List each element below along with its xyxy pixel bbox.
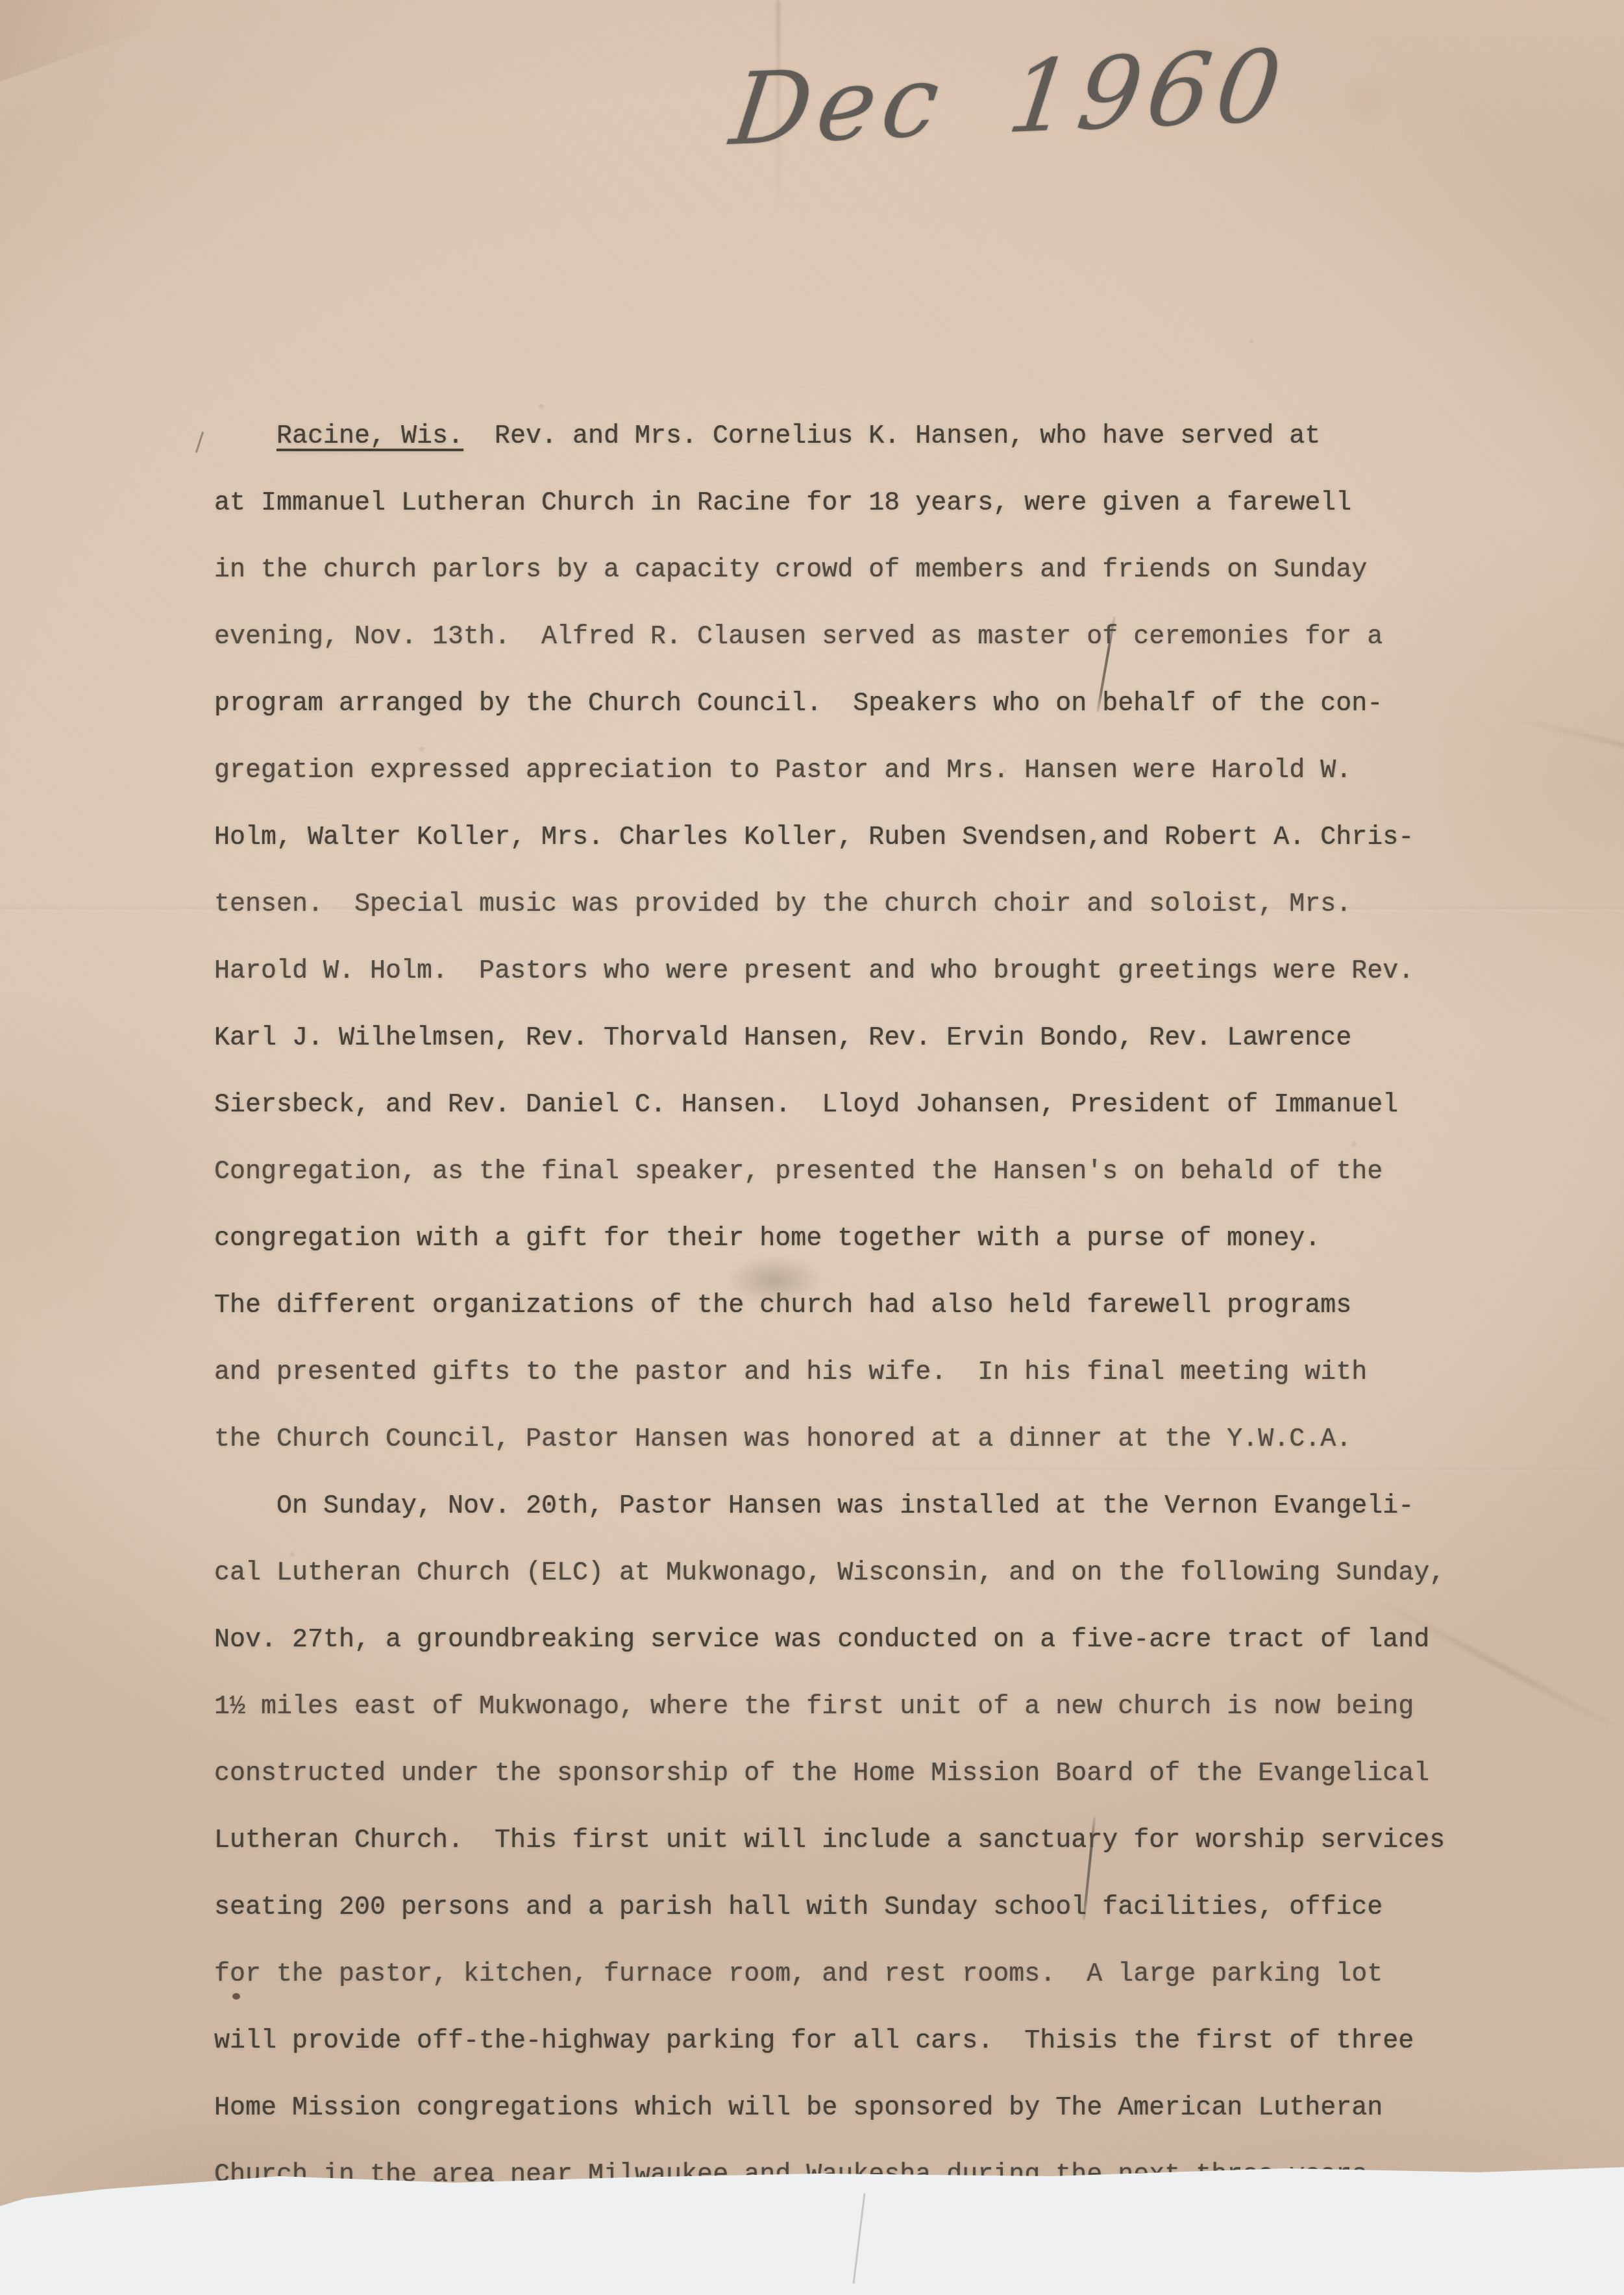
line-text: for the pastor, kitchen, furnace room, a…: [214, 1960, 1383, 1989]
line-text: Nov. 27th, a groundbreaking service was …: [214, 1626, 1429, 1655]
line-text: Lutheran Church. This first unit will in…: [214, 1826, 1445, 1855]
document-line: 1½ miles east of Mukwonago, where the fi…: [214, 1674, 1512, 1741]
line-text: gregation expressed appreciation to Past…: [214, 756, 1351, 786]
line-text: Karl J. Wilhelmsen, Rev. Thorvald Hansen…: [214, 1024, 1351, 1053]
line-text: Rev. and Mrs. Cornelius K. Hansen, who h…: [463, 422, 1320, 451]
line-text: On Sunday, Nov. 20th, Pastor Hansen was …: [277, 1492, 1414, 1521]
underlined-dateline: Racine, Wis.: [277, 422, 463, 451]
line-text: at Immanuel Lutheran Church in Racine fo…: [214, 489, 1351, 518]
document-line: seating 200 persons and a parish hall wi…: [214, 1874, 1512, 1941]
line-text: program arranged by the Church Council. …: [214, 689, 1383, 719]
line-text: in the church parlors by a capacity crow…: [214, 556, 1367, 585]
document-line: On Sunday, Nov. 20th, Pastor Hansen was …: [214, 1473, 1512, 1540]
document-line: in the church parlors by a capacity crow…: [214, 537, 1512, 604]
document-line: Holm, Walter Koller, Mrs. Charles Koller…: [214, 804, 1512, 871]
document-line: the Church Council, Pastor Hansen was ho…: [214, 1406, 1512, 1473]
line-text: Home Mission congregations which will be…: [214, 2094, 1383, 2123]
line-text: cal Lutheran Church (ELC) at Mukwonago, …: [214, 1559, 1445, 1588]
document-line: constructed under the sponsorship of the…: [214, 1741, 1512, 1807]
document-line: Nov. 27th, a groundbreaking service was …: [214, 1607, 1512, 1674]
document-line: cal Lutheran Church (ELC) at Mukwonago, …: [214, 1540, 1512, 1607]
line-text: Harold W. Holm. Pastors who were present…: [214, 957, 1414, 986]
document-line: Karl J. Wilhelmsen, Rev. Thorvald Hansen…: [214, 1005, 1512, 1072]
paper-sheet: Dec 1960 Racine, Wis. Rev. and Mrs. Corn…: [0, 0, 1624, 2295]
line-text: congregation with a gift for their home …: [214, 1224, 1320, 1254]
typewritten-text: Racine, Wis. Rev. and Mrs. Cornelius K. …: [214, 203, 1512, 2209]
document-line: Home Mission congregations which will be…: [214, 2075, 1512, 2142]
line-text: seating 200 persons and a parish hall wi…: [214, 1893, 1383, 1922]
document-line: gregation expressed appreciation to Past…: [214, 738, 1512, 804]
document-line: tensen. Special music was provided by th…: [214, 871, 1512, 938]
line-text: constructed under the sponsorship of the…: [214, 1759, 1429, 1789]
line-text: the Church Council, Pastor Hansen was ho…: [214, 1425, 1351, 1454]
line-text: tensen. Special music was provided by th…: [214, 890, 1351, 919]
line-text: evening, Nov. 13th. Alfred R. Clausen se…: [214, 623, 1383, 652]
document-line: Lutheran Church. This first unit will in…: [214, 1807, 1512, 1874]
document-line: for the pastor, kitchen, furnace room, a…: [214, 1941, 1512, 2008]
scanned-document-photo: Dec 1960 Racine, Wis. Rev. and Mrs. Corn…: [0, 0, 1624, 2295]
line-text: The different organizations of the churc…: [214, 1291, 1351, 1321]
line-text: Congregation, as the final speaker, pres…: [214, 1158, 1383, 1187]
line-text: and presented gifts to the pastor and hi…: [214, 1358, 1367, 1387]
document-line: program arranged by the Church Council. …: [214, 671, 1512, 738]
document-line: congregation with a gift for their home …: [214, 1206, 1512, 1272]
document-line: Siersbeck, and Rev. Daniel C. Hansen. Ll…: [214, 1072, 1512, 1139]
document-line: and presented gifts to the pastor and hi…: [214, 1339, 1512, 1406]
line-text: 1½ miles east of Mukwonago, where the fi…: [214, 1693, 1414, 1722]
document-line: The different organizations of the churc…: [214, 1272, 1512, 1339]
paper-specks: [0, 0, 3, 3]
document-line: Racine, Wis. Rev. and Mrs. Cornelius K. …: [214, 403, 1512, 470]
document-line: will provide off-the-highway parking for…: [214, 2008, 1512, 2075]
document-line: evening, Nov. 13th. Alfred R. Clausen se…: [214, 604, 1512, 671]
line-text: Siersbeck, and Rev. Daniel C. Hansen. Ll…: [214, 1091, 1398, 1120]
document-line: at Immanuel Lutheran Church in Racine fo…: [214, 470, 1512, 537]
line-text: will provide off-the-highway parking for…: [214, 2027, 1414, 2056]
document-line: Harold W. Holm. Pastors who were present…: [214, 938, 1512, 1005]
document-line: Congregation, as the final speaker, pres…: [214, 1139, 1512, 1206]
line-text: Holm, Walter Koller, Mrs. Charles Koller…: [214, 823, 1414, 852]
